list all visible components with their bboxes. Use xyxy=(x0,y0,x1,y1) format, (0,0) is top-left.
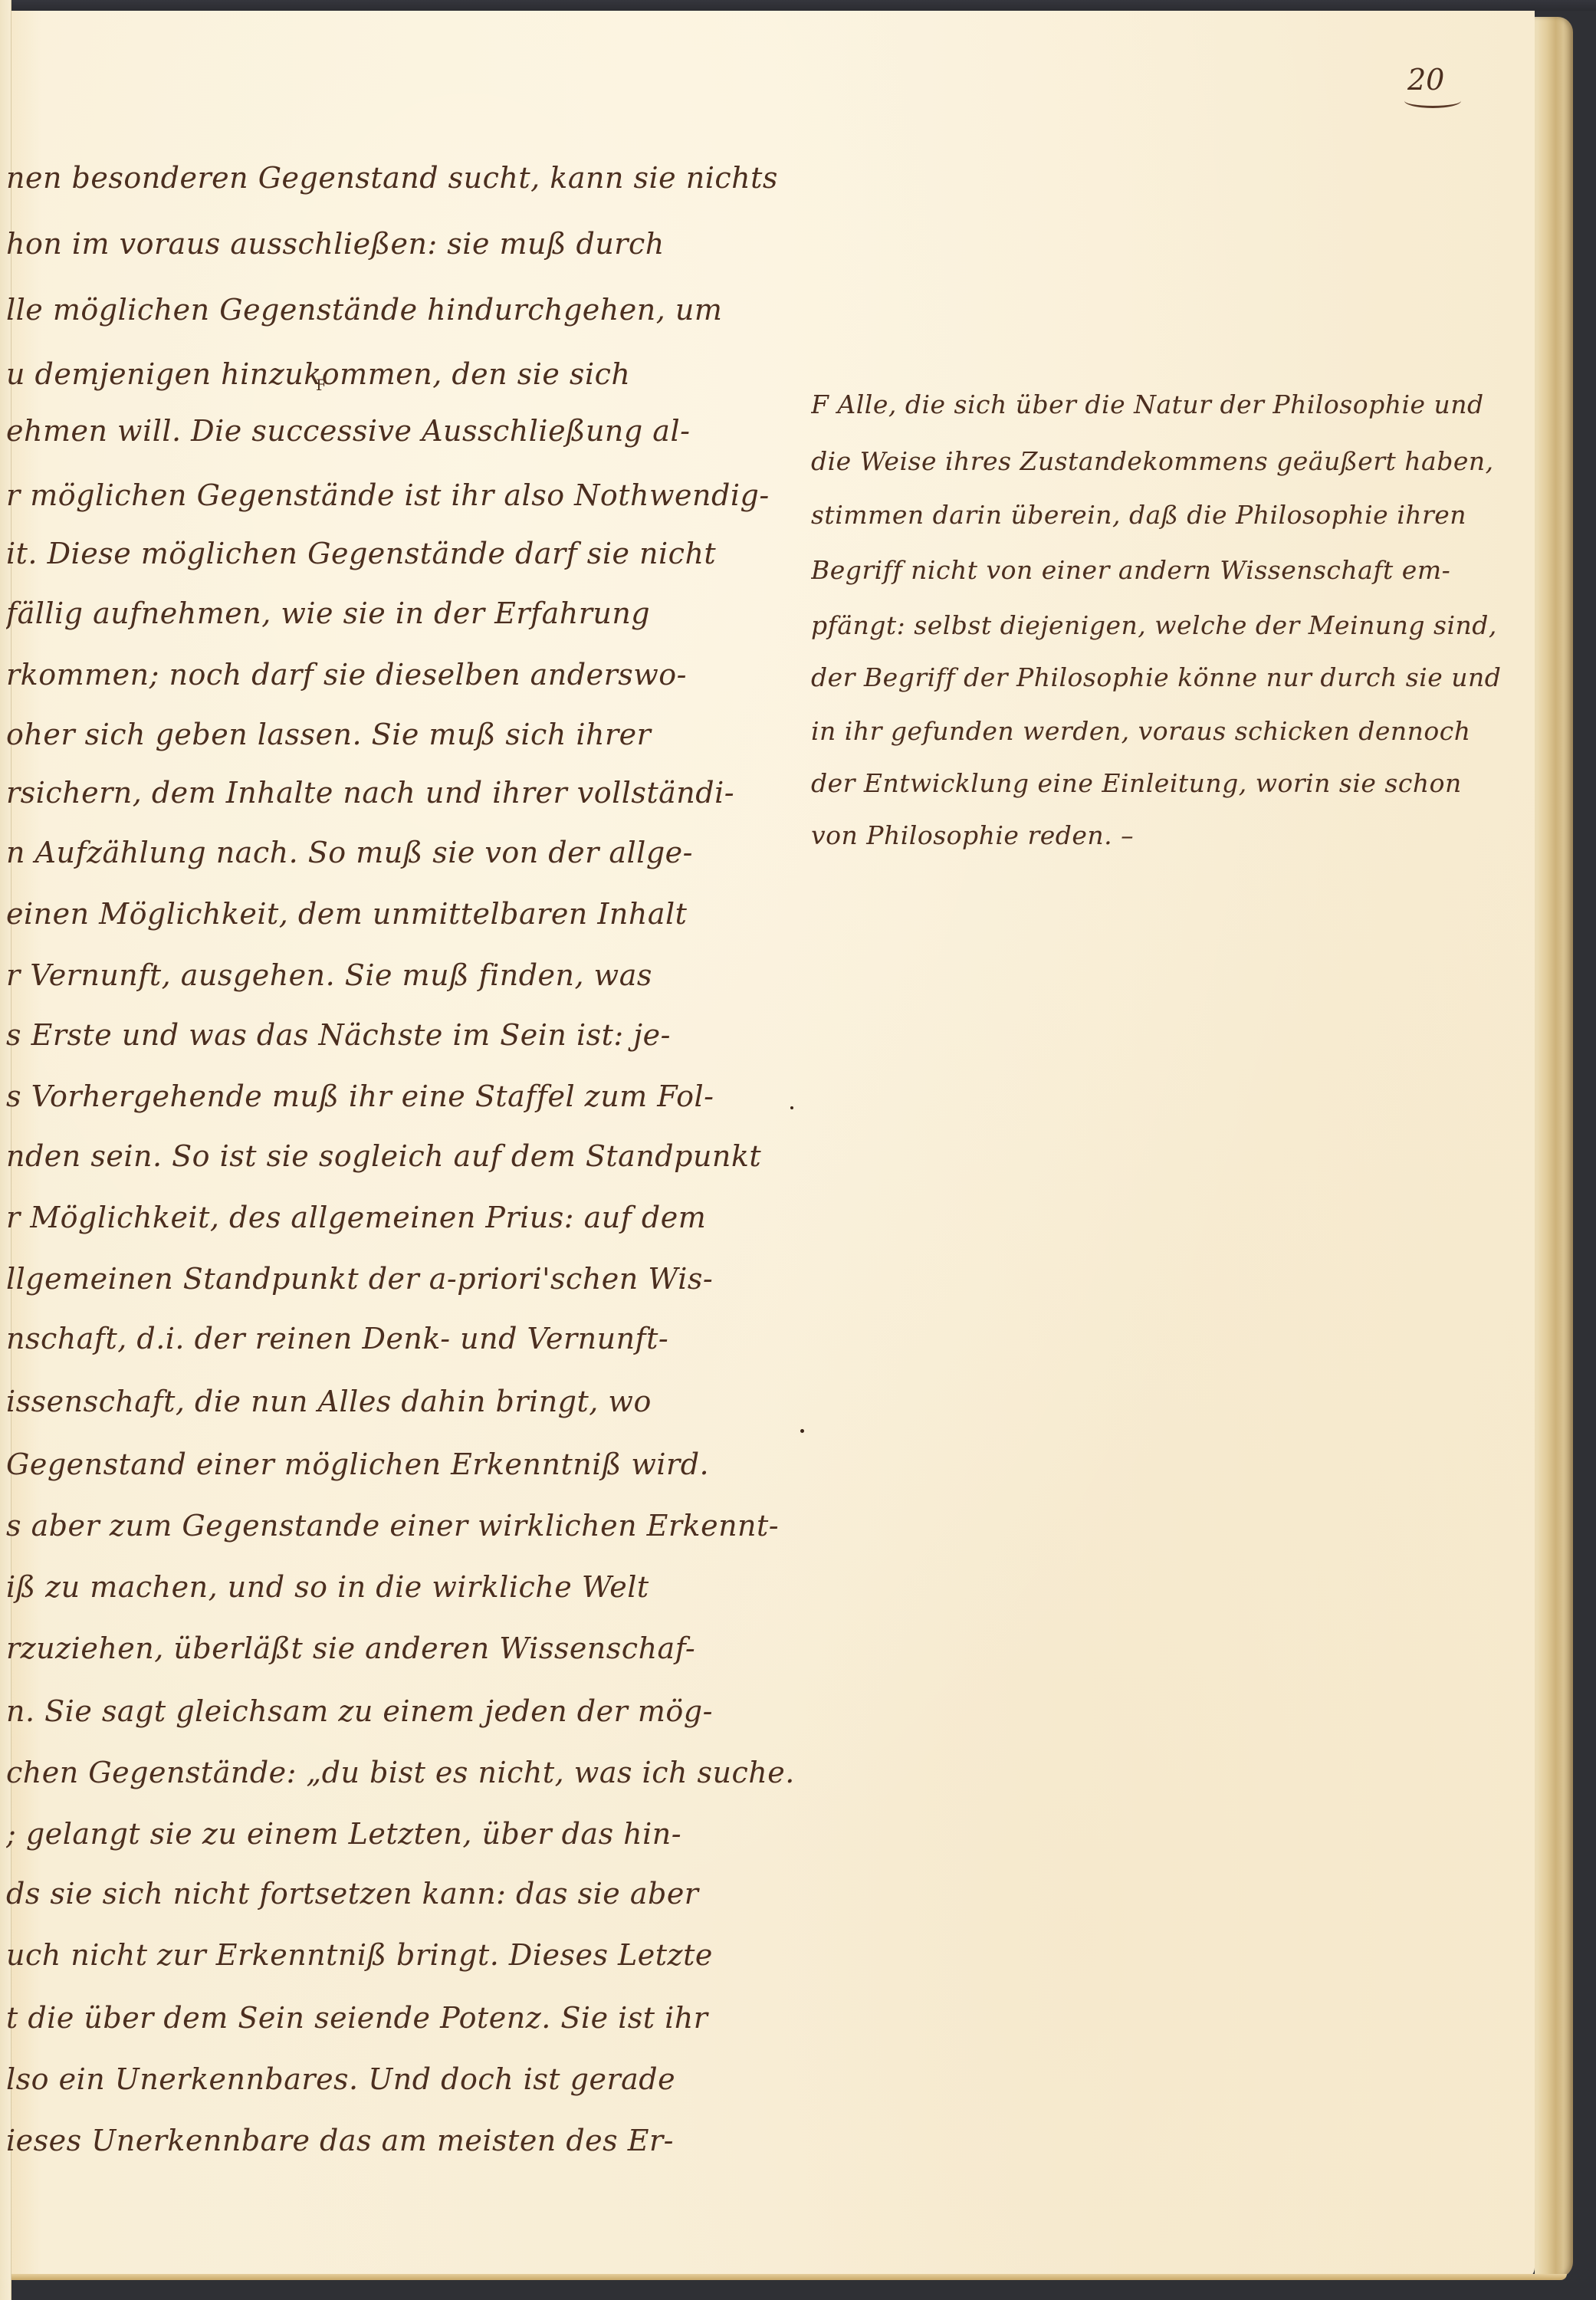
main-line: hon im voraus ausschließen: sie muß durc… xyxy=(6,227,665,261)
footnote-line: in ihr gefunden werden, voraus schicken … xyxy=(811,716,1470,747)
main-line: n. Sie sagt gleichsam zu einem jeden der… xyxy=(6,1694,713,1728)
main-line: iß zu machen, und so in die wirkliche We… xyxy=(6,1570,649,1604)
ink-speck xyxy=(790,1106,793,1109)
main-line: it. Diese möglichen Gegenstände darf sie… xyxy=(6,537,716,570)
main-line: s Erste und was das Nächste im Sein ist:… xyxy=(6,1018,671,1052)
main-line: lso ein Unerkennbares. Und doch ist gera… xyxy=(6,2062,675,2096)
main-line: llgemeinen Standpunkt der a-priori'schen… xyxy=(6,1262,713,1296)
main-line: einen Möglichkeit, dem unmittelbaren Inh… xyxy=(6,897,687,931)
main-line: ds sie sich nicht fortsetzen kann: das s… xyxy=(6,1877,698,1911)
main-text-column: nen besonderen Gegenstand sucht, kann si… xyxy=(6,0,796,2300)
main-line: t die über dem Sein seiende Potenz. Sie … xyxy=(6,2001,708,2035)
main-line: rsichern, dem Inhalte nach und ihrer vol… xyxy=(6,776,734,810)
footnote-line: die Weise ihres Zustandekommens geäußert… xyxy=(811,446,1494,477)
footnote-line: F Alle, die sich über die Natur der Phil… xyxy=(811,389,1484,420)
main-line: s aber zum Gegenstande einer wirklichen … xyxy=(6,1509,779,1543)
main-line: n Aufzählung nach. So muß sie von der al… xyxy=(6,836,693,869)
footnote-line: von Philosophie reden. – xyxy=(811,820,1134,851)
main-line: nschaft, d.i. der reinen Denk- und Vernu… xyxy=(6,1322,668,1355)
main-line: s Vorhergehende muß ihr eine Staffel zum… xyxy=(6,1079,714,1113)
main-line: fällig aufnehmen, wie sie in der Erfahru… xyxy=(6,596,650,630)
footnote-line: stimmen darin überein, daß die Philosoph… xyxy=(811,500,1466,531)
main-line: chen Gegenstände: „du bist es nicht, was… xyxy=(6,1756,796,1789)
main-line: uch nicht zur Erkenntniß bringt. Dieses … xyxy=(6,1938,713,1972)
manuscript-scan: ...schaft ...auf 20 F nen besonderen Geg… xyxy=(0,0,1596,2300)
main-line: ; gelangt sie zu einem Letzten, über das… xyxy=(6,1817,681,1851)
main-line: oher sich geben lassen. Sie muß sich ihr… xyxy=(6,718,651,751)
footnote-line: der Entwicklung eine Einleitung, worin s… xyxy=(811,768,1462,799)
main-line: lle möglichen Gegenstände hindurchgehen,… xyxy=(6,293,722,327)
main-line: Gegenstand einer möglichen Erkenntniß wi… xyxy=(6,1447,709,1481)
footnote-line: pfängt: selbst diejenigen, welche der Me… xyxy=(811,610,1497,641)
main-line: issenschaft, die nun Alles dahin bringt,… xyxy=(6,1385,652,1418)
main-line: r Vernunft, ausgehen. Sie muß finden, wa… xyxy=(6,958,652,992)
main-line: ehmen will. Die successive Ausschließung… xyxy=(6,414,690,448)
main-line: ieses Unerkennbare das am meisten des Er… xyxy=(6,2124,674,2157)
main-line: nden sein. So ist sie sogleich auf dem S… xyxy=(6,1139,761,1173)
main-line: rzuziehen, überläßt sie anderen Wissensc… xyxy=(6,1631,695,1665)
main-line: r möglichen Gegenstände ist ihr also Not… xyxy=(6,478,770,512)
footnote-column: F Alle, die sich über die Natur der Phil… xyxy=(811,0,1532,2300)
page-stack-edge-right xyxy=(1535,17,1573,2279)
main-line: nen besonderen Gegenstand sucht, kann si… xyxy=(6,161,778,195)
footnote-line: Begriff nicht von einer andern Wissensch… xyxy=(811,555,1450,586)
main-line: rkommen; noch darf sie dieselben andersw… xyxy=(6,658,687,692)
main-line: u demjenigen hinzukommen, den sie sich xyxy=(6,357,630,391)
main-line: r Möglichkeit, des allgemeinen Prius: au… xyxy=(6,1201,706,1234)
footnote-line: der Begriff der Philosophie könne nur du… xyxy=(811,662,1501,693)
ink-speck xyxy=(800,1429,804,1433)
